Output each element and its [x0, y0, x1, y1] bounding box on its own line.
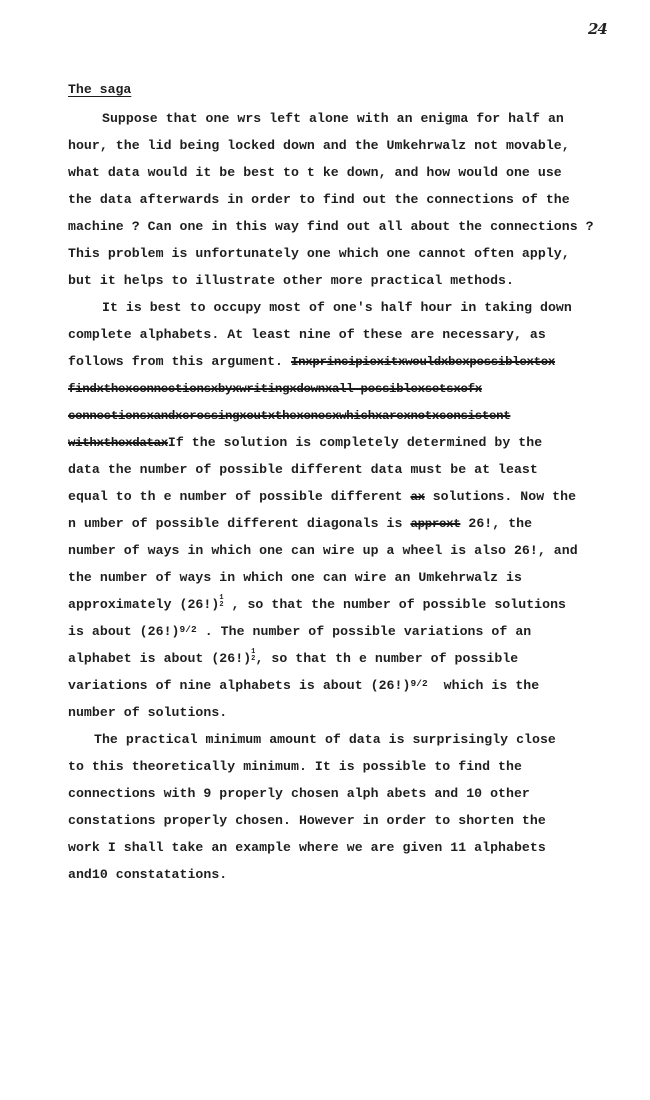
struck-out-text: approxt — [410, 517, 460, 531]
text-line: Suppose that one wrs left alone with an … — [68, 105, 643, 132]
text-line: constations properly chosen. However in … — [68, 807, 643, 834]
text-line: The practical minimum amount of data is … — [68, 726, 643, 753]
struck-out-text: findxthexconnectionsxbyxwritingxdownxall… — [68, 382, 482, 396]
text-line: approximately (26!)12 , so that the numb… — [68, 591, 643, 618]
struck-out-text: Inxprincipiexitxwouldxbexpossiblextox — [291, 355, 555, 369]
text-line: work I shall take an example where we ar… — [68, 834, 643, 861]
text-line: It is best to occupy most of one's half … — [68, 294, 643, 321]
text-segment: variations of nine alphabets is about (2… — [68, 678, 410, 693]
text-line: data the number of possible different da… — [68, 456, 643, 483]
text-segment: . The number of possible variations of a… — [197, 624, 531, 639]
struck-out-text: withxthexdatax — [68, 436, 168, 450]
exponent-nine-halves: 9/2 — [180, 624, 197, 635]
text-line: number of solutions. — [68, 699, 643, 726]
text-segment: alphabet is about (26!) — [68, 651, 251, 666]
text-segment: n umber of possible different diagonals … — [68, 516, 410, 531]
text-line: This problem is unfortunately one which … — [68, 240, 643, 267]
text-line: withxthexdataxIf the solution is complet… — [68, 429, 643, 456]
section-heading: The saga — [68, 82, 131, 97]
text-line: connectionsxandxcrossingxoutxthexonesxwh… — [68, 402, 643, 429]
struck-out-text: connectionsxandxcrossingxoutxthexonesxwh… — [68, 409, 510, 423]
text-line: follows from this argument. Inxprincipie… — [68, 348, 643, 375]
text-segment: , so that the number of possible solutio… — [224, 597, 566, 612]
text-segment: which is the — [428, 678, 540, 693]
document-page: 24 The saga Suppose that one wrs left al… — [0, 0, 650, 1100]
text-line: connections with 9 properly chosen alph … — [68, 780, 643, 807]
text-line: the number of ways in which one can wire… — [68, 564, 643, 591]
text-segment: is about (26!) — [68, 624, 180, 639]
text-line: machine ? Can one in this way find out a… — [68, 213, 643, 240]
text-line: but it helps to illustrate other more pr… — [68, 267, 643, 294]
text-segment: 26!, the — [460, 516, 532, 531]
text-line: what data would it be best to t ke down,… — [68, 159, 643, 186]
text-segment: , so that th e number of possible — [255, 651, 518, 666]
exponent-nine-halves: 9/2 — [410, 678, 427, 689]
struck-out-text: ax — [410, 490, 424, 504]
text-line: n umber of possible different diagonals … — [68, 510, 643, 537]
text-line: and10 constatations. — [68, 861, 643, 888]
text-segment: approximately (26!) — [68, 597, 219, 612]
body-text: Suppose that one wrs left alone with an … — [68, 105, 643, 888]
text-line: variations of nine alphabets is about (2… — [68, 672, 643, 699]
text-line: findxthexconnectionsxbyxwritingxdownxall… — [68, 375, 643, 402]
text-line: to this theoretically minimum. It is pos… — [68, 753, 643, 780]
text-segment: solutions. Now the — [425, 489, 576, 504]
text-segment: follows from this argument. — [68, 354, 291, 369]
text-line: equal to th e number of possible differe… — [68, 483, 643, 510]
text-line: is about (26!)9/2 . The number of possib… — [68, 618, 643, 645]
page-number: 24 — [588, 20, 607, 38]
text-line: complete alphabets. At least nine of the… — [68, 321, 643, 348]
text-segment: equal to th e number of possible differe… — [68, 489, 410, 504]
text-segment: If the solution is completely determined… — [168, 435, 542, 450]
text-line: alphabet is about (26!)12, so that th e … — [68, 645, 643, 672]
text-line: the data afterwards in order to find out… — [68, 186, 643, 213]
text-line: number of ways in which one can wire up … — [68, 537, 643, 564]
text-line: hour, the lid being locked down and the … — [68, 132, 643, 159]
